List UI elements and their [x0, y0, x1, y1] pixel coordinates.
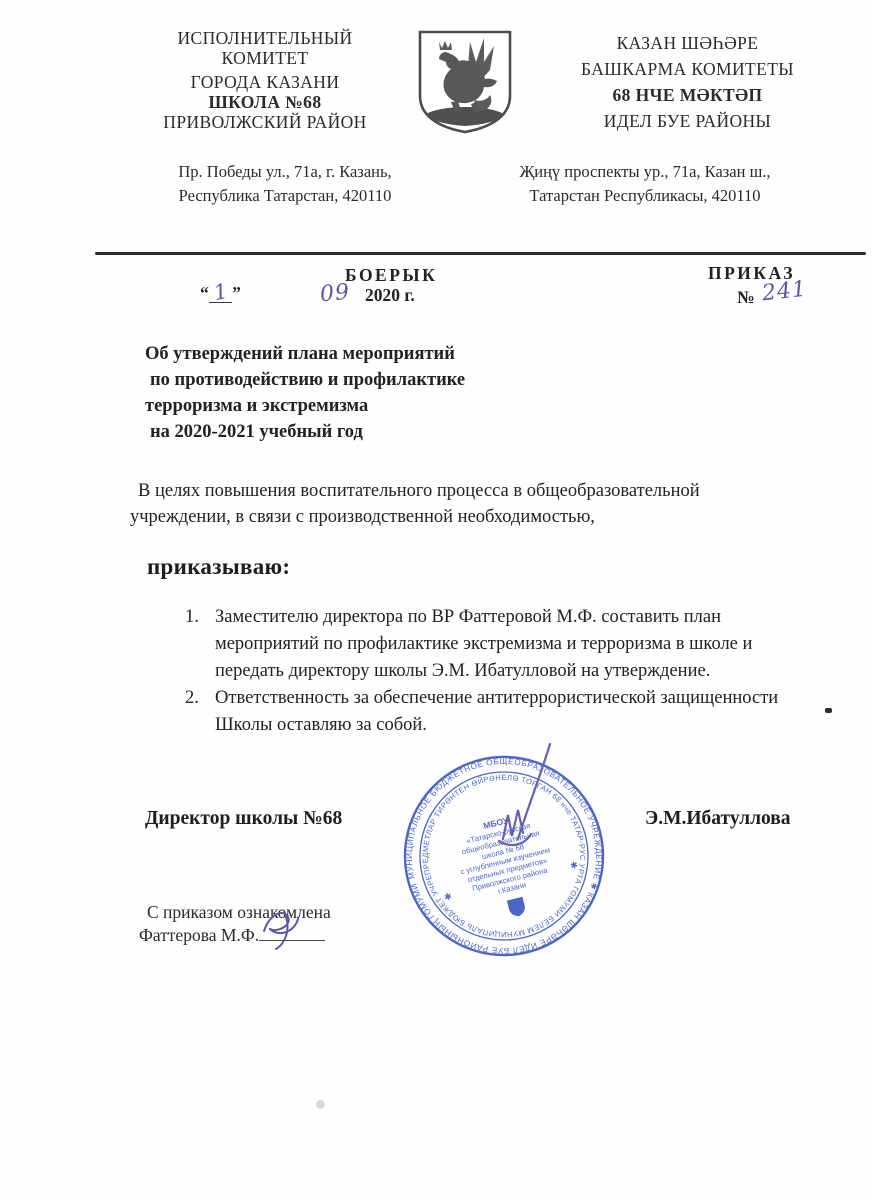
- address-right: Җиңү проспекты ур., 71а, Казан ш., Татар…: [480, 160, 810, 208]
- scanned-order-document: ИСПОЛНИТЕЛЬНЫЙ КОМИТЕТ ГОРОДА КАЗАНИ ШКО…: [0, 0, 872, 1200]
- letterhead-left-school: ШКОЛА №68: [100, 92, 430, 112]
- horizontal-divider: [95, 252, 866, 255]
- date-line: “1”: [200, 283, 241, 304]
- address-left-line: Пр. Победы ул., 71а, г. Казань,: [150, 160, 420, 184]
- subject-line: Об утверждений плана мероприятий: [145, 341, 465, 367]
- address-right-line: Татарстан Республикасы, 420110: [480, 184, 810, 208]
- letterhead-left-line: КОМИТЕТ: [100, 48, 430, 68]
- close-quote: ”: [232, 283, 241, 303]
- letterhead-left: ИСПОЛНИТЕЛЬНЫЙ КОМИТЕТ ГОРОДА КАЗАНИ ШКО…: [100, 28, 430, 132]
- letterhead-left-line: ГОРОДА КАЗАНИ: [100, 72, 430, 92]
- letterhead-left-line: ПРИВОЛЖСКИЙ РАЙОН: [100, 112, 430, 132]
- subject-block: Об утверждений плана мероприятий по прот…: [145, 341, 465, 445]
- year-label: 2020 г.: [365, 285, 415, 306]
- item-number: 2.: [185, 685, 215, 739]
- address-left: Пр. Победы ул., 71а, г. Казань, Республи…: [150, 160, 420, 208]
- kazan-coat-of-arms-icon: [413, 26, 517, 138]
- letterhead-left-line: ИСПОЛНИТЕЛЬНЫЙ: [100, 28, 430, 48]
- subject-line: по противодействию и профилактике: [145, 367, 465, 393]
- letterhead-right-school: 68 НЧЕ МӘКТӘП: [520, 82, 855, 108]
- order-title-tatar: БОЕРЫК: [345, 265, 437, 286]
- signatory-name: Фаттерова М.Ф.: [139, 925, 259, 945]
- scan-speck: [316, 1100, 325, 1109]
- subject-line: на 2020-2021 учебный год: [145, 419, 465, 445]
- letterhead-right: КАЗАН ШӘҺӘРЕ БАШКАРМА КОМИТЕТЫ 68 НЧЕ МӘ…: [520, 30, 855, 134]
- number-sign: №: [737, 287, 755, 308]
- stamp-star-left: ✱: [443, 891, 453, 903]
- order-items: 1. Заместителю директора по ВР Фаттерово…: [185, 604, 815, 739]
- item-number: 1.: [185, 604, 215, 685]
- address-right-line: Җиңү проспекты ур., 71а, Казан ш.,: [480, 160, 810, 184]
- director-signature-ink: [400, 742, 620, 872]
- open-quote: “: [200, 283, 209, 303]
- order-item: 1. Заместителю директора по ВР Фаттерово…: [185, 604, 815, 685]
- handwritten-order-number: 241: [761, 277, 808, 307]
- director-name: Э.М.Ибатуллова: [645, 808, 791, 830]
- subject-line: терроризма и экстремизма: [145, 393, 465, 419]
- item-text: Ответственность за обеспечение антитерро…: [215, 685, 815, 739]
- order-item: 2. Ответственность за обеспечение антите…: [185, 685, 815, 739]
- signatory-signature-ink: [250, 905, 330, 955]
- address-left-line: Республика Татарстан, 420110: [150, 184, 420, 208]
- handwritten-month: 09: [319, 280, 351, 308]
- letterhead-right-line: КАЗАН ШӘҺӘРЕ: [520, 30, 855, 56]
- director-title: Директор школы №68: [145, 808, 342, 830]
- letterhead-right-line: ИДЕЛ БУЕ РАЙОНЫ: [520, 108, 855, 134]
- stamp-bottom-emblem: [507, 897, 527, 918]
- intro-paragraph: В целях повышения воспитательного процес…: [130, 478, 802, 530]
- directive-word: приказываю:: [147, 554, 290, 580]
- letterhead-right-line: БАШКАРМА КОМИТЕТЫ: [520, 56, 855, 82]
- item-text: Заместителю директора по ВР Фаттеровой М…: [215, 604, 815, 685]
- scan-speck: [825, 708, 832, 713]
- handwritten-day: 1: [212, 282, 229, 302]
